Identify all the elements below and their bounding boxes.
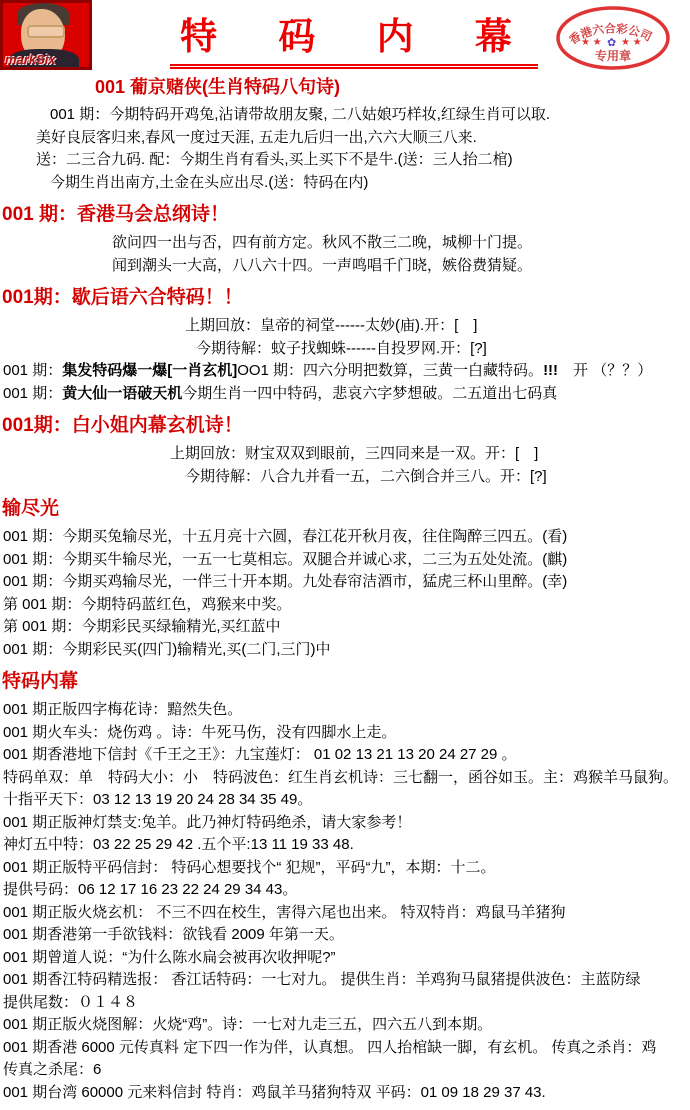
tip-line: 提供尾数：０１４８ [3,992,690,1015]
tip-line: 001 期：今期买鸡输尽光，一伴三十开本期。九处春帘洁酒市，猛虎三杯山里醉。(幸… [3,571,690,594]
tip-line: 001 期正版四字梅花诗：黯然失色。 [3,699,690,722]
glasses-shape [27,25,65,38]
tip-line: 提供号码：06 12 17 16 23 22 24 29 34 43。 [3,879,690,902]
section-pujing: 001 葡京赌侠(生肖特码八句诗) 001 期：今期特码开鸡兔,沾请带故朋友聚,… [0,76,690,194]
poem-line: 美好良辰客归来,春风一度过天涯, 五走九后归一出,六六大顺三八来. [36,127,690,150]
poem-line: 今期生肖出南方,土金在头应出尽.(送：特码在内) [50,172,690,195]
poem-line: 闻到潮头一大高，八八六十四。一声鸣唱千门晓，嫉俗费猜疑。 [112,255,690,278]
section-heading-shujinguang: 输尽光 [2,498,690,520]
tip-line: 001 期：今期买牛输尽光，一五一七莫相忘。双腿合并诚心求，二三为五处处流。(麒… [3,549,690,572]
tip-rest: 今期生肖一四中特码，悲哀六字梦想破。二五道出七码真 [182,385,557,402]
tip-prefix: 001 期： [3,362,62,379]
section-neimu: 特码内幕 001 期正版四字梅花诗：黯然失色。 001 期火车头：烧伤鸡 。诗：… [0,671,690,1104]
tip-line: 001 期曾道人说：“为什么陈水扁会被再次收押呢?” [3,947,690,970]
section-baixiaojie: 001期：白小姐内幕玄机诗！ 上期回放：财宝双双到眼前，三四同来是一双。开：[ … [0,415,690,488]
poem-line: 001 期：今期特码开鸡兔,沾请带故朋友聚, 二八姑娘巧样妆,红绿生肖可以取. [50,104,690,127]
tip-line: 十指平天下：03 12 13 19 20 24 28 34 35 49。 [3,789,690,812]
page-title-wrap: 特 码 内 幕 [158,6,550,69]
riddle-line: 上期回放：皇帝的祠堂------太妙(庙).开：[ ] [185,315,690,338]
tip-tail: 开 （？？） [558,362,652,379]
section-heading-neimu: 特码内幕 [2,671,690,693]
section-heading-pujing: 001 葡京赌侠(生肖特码八句诗) [95,76,690,98]
tip-rest: OO1 期：四六分明把数算，三黄一白藏特码。 [237,362,543,379]
flower-icon: ✿ [607,37,616,49]
tip-line: 001 期：今期买兔输尽光，十五月亮十六圆，春江花开秋月夜，往住陶醉三四五。(看… [3,526,690,549]
page-title: 特 码 内 幕 [170,6,538,69]
tip-line: 001 期香港 6000 元传真料 定下四一作为伴，认真想。 四人抬棺缺一脚，有… [3,1037,690,1060]
poem-line: 欲问四一出与否，四有前方定。秋风不散三二晚，城柳十门提。 [112,232,690,255]
section-xiehouyu: 001期：歇后语六合特码！！ 上期回放：皇帝的祠堂------太妙(庙).开：[… [0,287,690,405]
section-heading-baixiaojie: 001期：白小姐内幕玄机诗！ [2,415,690,437]
tip-line: 001 期正版火烧玄机： 不三不四在校生，害得六尾也出来。 特双特肖：鸡鼠马羊猪… [3,902,690,925]
tip-exclaim: !!! [543,362,558,379]
riddle-line: 上期回放：财宝双双到眼前，三四同来是一双。开：[ ] [170,443,690,466]
riddle-line: 今期待解：蚊子找蜘蛛------自投罗网.开：[?] [196,338,690,361]
tip-line: 神灯五中特：03 22 25 29 42 .五个平:13 11 19 33 48… [3,834,690,857]
section-heading-xiehouyu: 001期：歇后语六合特码！！ [2,287,690,309]
tip-line: 001 期台湾 60000 元来料信封 特肖：鸡鼠羊马猪狗特双 平码：01 09… [3,1082,690,1105]
company-stamp-seal: 香港六合彩公司 ★ ★ ✿ ★ ★ 专用章 [554,4,672,72]
tip-line: 001 期正版火烧图解：火烧“鸡”。诗：一七对九走三五，四六五八到本期。 [3,1014,690,1037]
stamp-label: 专用章 [595,48,631,63]
tip-line: 001 期香港地下信封《千王之王》：九宝莲灯： 01 02 13 21 13 2… [3,744,690,767]
tip-line: 第 001 期：今期彩民买绿输精光,买红蓝中 [3,616,690,639]
star-icon: ★ ★ [581,37,602,48]
tip-bold-title: 黄大仙一语破天机 [62,385,182,402]
tip-line: 特码单双：单 特码大小：小 特码波色：红生肖玄机诗：三七翻一，函谷如玉。主：鸡猴… [3,767,690,790]
tip-line: 传真之杀尾：6 [3,1059,690,1082]
tip-line: 001 期香江特码精选报： 香江话特码：一七对九。 提供生肖：羊鸡狗马鼠猪提供波… [3,969,690,992]
tip-line: 001 期火车头：烧伤鸡 。诗：牛死马伤，没有四脚水上走。 [3,722,690,745]
masthead: markSix 特 码 内 幕 香港六合彩公司 ★ ★ ✿ ★ ★ 专用章 [0,0,690,74]
tip-bold-title: 集发特码爆一爆[一肖玄机] [62,362,237,379]
tip-line: 001 期正版神灯禁支:兔羊。此乃神灯特码绝杀，请大家参考！ [3,812,690,835]
tip-sheet-page: markSix 特 码 内 幕 香港六合彩公司 ★ ★ ✿ ★ ★ 专用章 00… [0,0,690,1110]
tip-line: 001 期：黄大仙一语破天机今期生肖一四中特码，悲哀六字梦想破。二五道出七码真 [3,383,690,406]
tip-line: 第 001 期：今期特码蓝红色，鸡猴来中奖。 [3,594,690,617]
tip-line: 001 期：集发特码爆一爆[一肖玄机]OO1 期：四六分明把数算，三黄一白藏特码… [3,360,690,383]
section-heading-zonggang: 001 期：香港马会总纲诗！ [2,204,690,226]
star-icon: ★ ★ [621,37,642,48]
tip-line: 001 期正版特平码信封： 特码心想要找个“ 犯规”，平码“九”，本期：十二。 [3,857,690,880]
masthead-photo: markSix [0,0,92,70]
section-shujinguang: 输尽光 001 期：今期买兔输尽光，十五月亮十六圆，春江花开秋月夜，往住陶醉三四… [0,498,690,661]
tip-prefix: 001 期： [3,385,62,402]
tip-line: 001 期香港第一手欲钱料：欲钱看 2009 年第一天。 [3,924,690,947]
stamp-oval-icon: 香港六合彩公司 ★ ★ ✿ ★ ★ 专用章 [554,4,672,72]
section-zonggang: 001 期：香港马会总纲诗！ 欲问四一出与否，四有前方定。秋风不散三二晚，城柳十… [0,204,690,277]
marksix-logo-text: markSix [5,52,56,67]
poem-line: 送：二三合九码. 配：今期生肖有看头,买上买下不是牛.(送：三人抬二棺) [36,149,690,172]
riddle-line: 今期待解：八合九并看一五，二六倒合并三八。开：[?] [185,466,690,489]
tip-line: 001 期：今期彩民买(四门)输精光,买(二门,三门)中 [3,639,690,662]
